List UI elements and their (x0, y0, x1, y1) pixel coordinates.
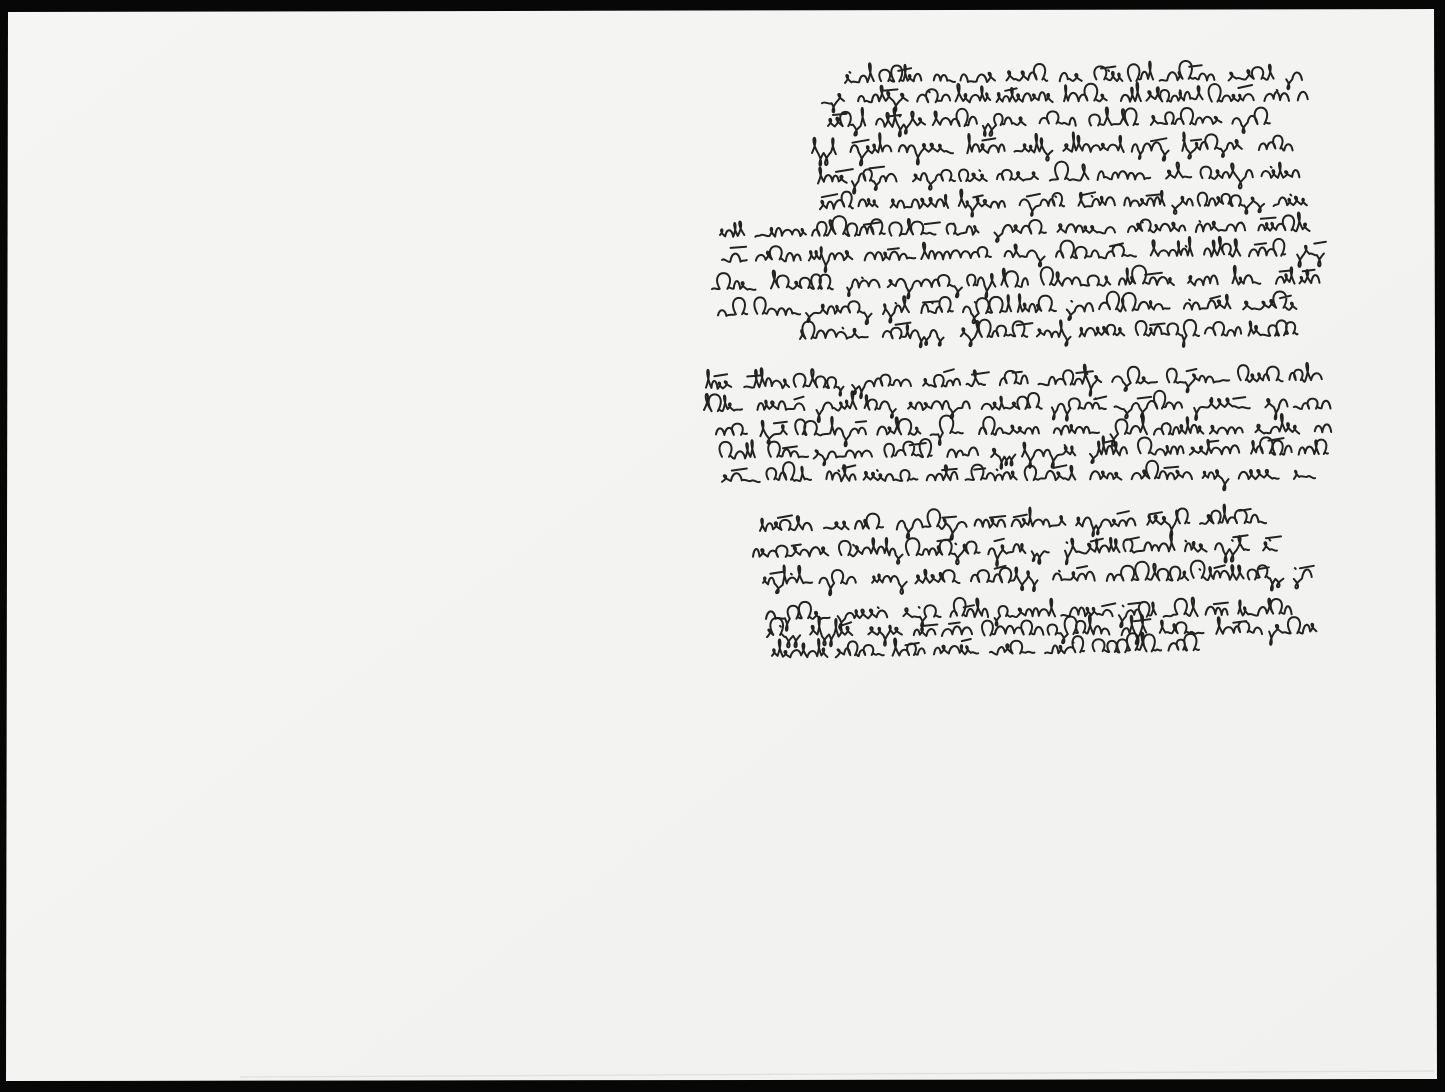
page-canvas (0, 0, 1445, 1092)
scan-frame (0, 0, 1445, 1092)
